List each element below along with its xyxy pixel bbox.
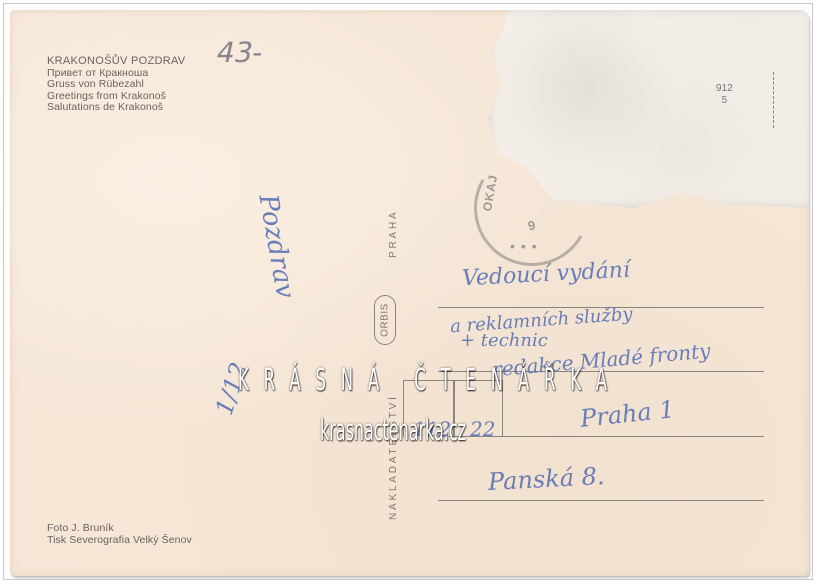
greeting-czech: KRAKONOŠŮV POZDRAV bbox=[47, 56, 185, 68]
handwritten-address-1: Vedoucí vydání bbox=[461, 258, 630, 292]
address-line-4 bbox=[438, 500, 764, 501]
catalog-code-main: 912 bbox=[716, 83, 733, 95]
greeting-french: Salutations de Krakonoš bbox=[47, 102, 185, 114]
handwritten-greeting: Pozdrav bbox=[252, 192, 300, 301]
print-credit: Tisk Severografia Velký Šenov bbox=[47, 535, 192, 547]
greeting-german: Gruss von Rübezahl bbox=[47, 79, 185, 91]
greetings-block: KRAKONOŠŮV POZDRAV Привет от Кракноша Gr… bbox=[47, 56, 185, 114]
handwritten-zip-2: 22 bbox=[470, 417, 495, 441]
credits-block: Foto J. Bruník Tisk Severografia Velký Š… bbox=[47, 523, 192, 546]
handwritten-number: 43- bbox=[213, 36, 266, 69]
orbis-logo: ORBIS bbox=[374, 295, 396, 345]
catalog-code-sub: 5 bbox=[716, 95, 733, 107]
handwritten-address-3: + technic bbox=[460, 330, 548, 351]
handwritten-street: Panská 8. bbox=[487, 462, 605, 496]
catalog-code: 912 5 bbox=[716, 83, 733, 107]
postmark-dots: ••• bbox=[510, 238, 543, 254]
perforation-line bbox=[773, 72, 774, 128]
watermark-url: krasnactenarka.cz bbox=[320, 413, 466, 447]
handwritten-city: Praha 1 bbox=[579, 395, 676, 433]
photo-credit: Foto J. Bruník bbox=[47, 523, 192, 535]
watermark-title: KRÁSNÁ ČTENÁŘKA bbox=[238, 363, 622, 398]
publisher-city: PRAHA bbox=[388, 210, 399, 258]
postcard: KRAKONOŠŮV POZDRAV Привет от Кракноша Gr… bbox=[10, 10, 809, 576]
orbis-logo-text: ORBIS bbox=[380, 303, 391, 337]
